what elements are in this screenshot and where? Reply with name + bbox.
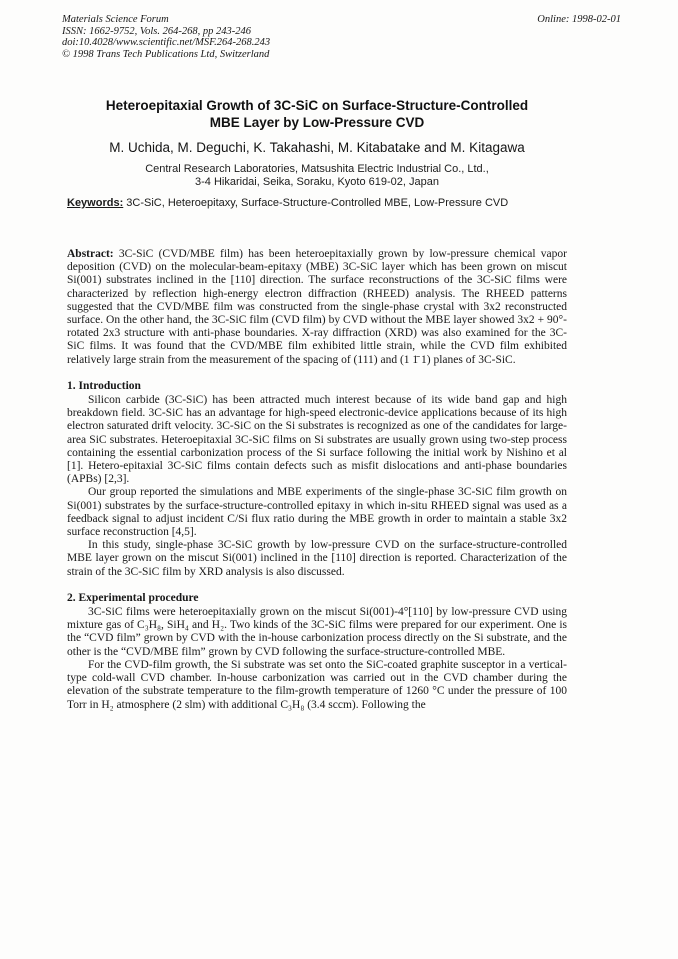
keywords-line: Keywords: 3C-SiC, Heteroepitaxy, Surface…	[67, 197, 567, 210]
journal-name: Materials Science Forum	[62, 14, 270, 26]
keywords-label: Keywords:	[67, 197, 123, 209]
doi-line: doi:10.4028/www.scientific.net/MSF.264-2…	[62, 37, 270, 49]
title-block: Heteroepitaxial Growth of 3C-SiC on Surf…	[67, 97, 567, 188]
paper-page: Materials Science Forum ISSN: 1662-9752,…	[0, 0, 678, 959]
section-heading-introduction: 1. Introduction	[67, 380, 567, 393]
issn-line: ISSN: 1662-9752, Vols. 264-268, pp 243-2…	[62, 26, 270, 38]
section-heading-experimental: 2. Experimental procedure	[67, 592, 567, 605]
paper-title-line1: Heteroepitaxial Growth of 3C-SiC on Surf…	[67, 97, 567, 114]
authors: M. Uchida, M. Deguchi, K. Takahashi, M. …	[67, 140, 567, 156]
paper-title-line2: MBE Layer by Low-Pressure CVD	[67, 114, 567, 131]
body-paragraph: 3C-SiC films were heteroepitaxially grow…	[67, 606, 567, 659]
body-paragraph: Our group reported the simulations and M…	[67, 486, 567, 539]
body-paragraph: In this study, single-phase 3C-SiC growt…	[67, 539, 567, 579]
paper-body: Abstract: 3C-SiC (CVD/MBE film) has been…	[67, 248, 567, 712]
body-paragraph: Silicon carbide (3C-SiC) has been attrac…	[67, 394, 567, 486]
paper-title: Heteroepitaxial Growth of 3C-SiC on Surf…	[67, 97, 567, 131]
keywords-text: 3C-SiC, Heteroepitaxy, Surface-Structure…	[123, 197, 508, 209]
abstract-label: Abstract:	[67, 248, 114, 260]
affiliation-line2: 3-4 Hikaridai, Seika, Soraku, Kyoto 619-…	[67, 176, 567, 189]
affiliation-line1: Central Research Laboratories, Matsushit…	[67, 163, 567, 176]
affiliation: Central Research Laboratories, Matsushit…	[67, 163, 567, 188]
abstract-text: 3C-SiC (CVD/MBE film) has been heteroepi…	[67, 248, 567, 366]
copyright-line: © 1998 Trans Tech Publications Ltd, Swit…	[62, 49, 270, 61]
journal-header-left: Materials Science Forum ISSN: 1662-9752,…	[62, 14, 270, 60]
journal-header: Materials Science Forum ISSN: 1662-9752,…	[62, 14, 621, 60]
body-paragraph: For the CVD-film growth, the Si substrat…	[67, 659, 567, 712]
online-date: Online: 1998-02-01	[537, 14, 621, 26]
abstract-paragraph: Abstract: 3C-SiC (CVD/MBE film) has been…	[67, 248, 567, 367]
